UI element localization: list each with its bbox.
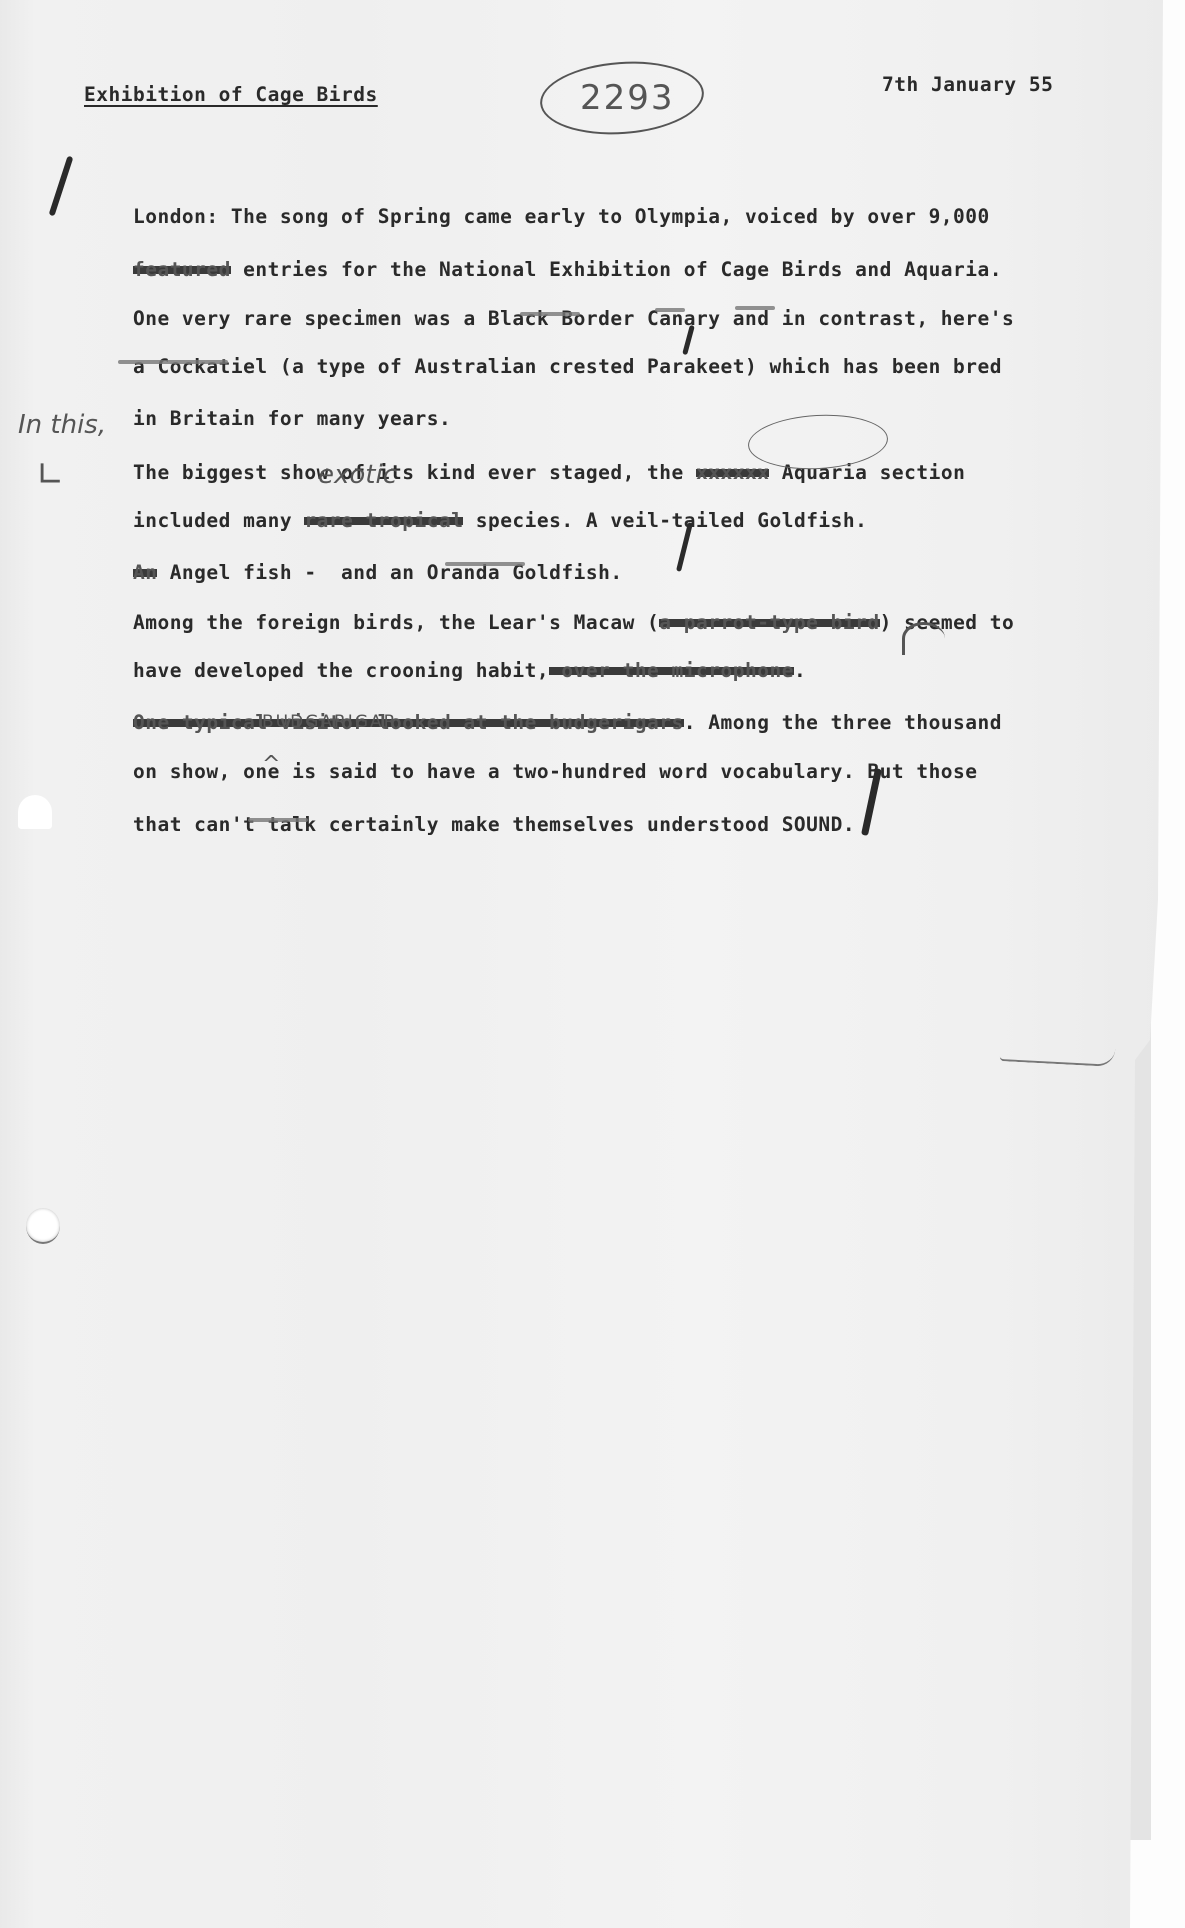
underline-mark (248, 818, 308, 822)
text-segment: in Britain for many years. (133, 407, 451, 430)
text-segment: included many (133, 509, 304, 532)
underline-mark (118, 360, 228, 364)
struck-text: An (133, 561, 157, 584)
document-title: Exhibition of Cage Birds (84, 83, 378, 106)
text-segment: a Cockatiel (a type of Australian creste… (133, 355, 1002, 378)
budgerigar-annotation: BUDGARIGAR (262, 712, 397, 732)
underline-mark (445, 562, 525, 566)
text-segment: entries for the National Exhibition of C… (231, 258, 1002, 281)
struck-text: One typical visitor looked at the budger… (133, 711, 684, 734)
torn-punch-hole (18, 795, 52, 829)
struck-text: a parrot-type bird (659, 611, 879, 634)
struck-text: over the microphone (549, 659, 794, 682)
punch-hole (26, 1208, 60, 1244)
struck-text: rare tropical (304, 509, 463, 532)
underline-mark (655, 308, 685, 312)
underline-mark (520, 312, 580, 316)
struck-text: featured (133, 258, 231, 281)
text-segment: that can't talk certainly make themselve… (133, 813, 769, 836)
text-segment: species. A veil-tailed Goldfish. (463, 509, 867, 532)
body-line: that can't talk certainly make themselve… (84, 790, 855, 859)
underline-mark (735, 306, 775, 310)
scanned-document: Exhibition of Cage Birds 2293 7th Januar… (0, 0, 1185, 1928)
text-segment: Angel fish - and an Oranda Goldfish. (157, 561, 622, 584)
document-date: 7th January 55 (882, 73, 1053, 96)
text-segment: Among the foreign birds, the Lear's Maca… (133, 611, 659, 634)
text-segment: . (794, 659, 806, 682)
margin-insert-annotation: In this, (18, 410, 106, 440)
text-segment: . Among the three thousand (684, 711, 1002, 734)
text-segment: have developed the crooning habit, (133, 659, 549, 682)
reference-number: 2293 (580, 78, 675, 118)
insert-mark: ∟ (36, 455, 65, 495)
insert-caret: ^ (262, 752, 280, 777)
text-segment: The biggest show of its kind ever staged… (133, 461, 696, 484)
text-segment: One very rare specimen was a Black Borde… (133, 307, 1014, 330)
text-segment: SOUND. (769, 813, 855, 836)
text-segment: London: The song of Spring came early to… (133, 205, 990, 228)
text-segment: ) seemed to (880, 611, 1015, 634)
text-segment: on show, one is said to have a two-hundr… (133, 760, 978, 783)
close-up-mark (902, 622, 945, 655)
struck-text: xxxxxx (696, 461, 769, 484)
